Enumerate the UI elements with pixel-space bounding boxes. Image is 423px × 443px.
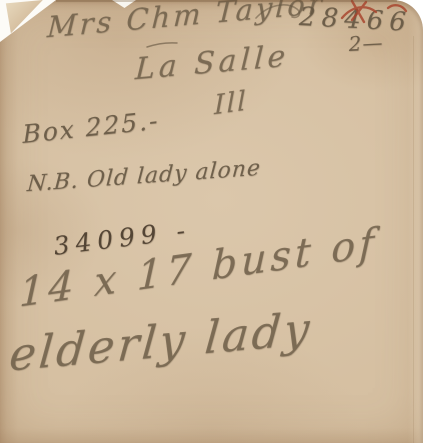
handwriting-serial-note: 2—: [348, 30, 384, 56]
scanned-card-back: Mrs Chm Taylor 28466 2— La Salle Ill Box…: [0, 0, 423, 443]
card-top-edge-shadow: [56, 0, 397, 2]
card-right-edge-line: [413, 36, 415, 443]
handwriting-state: Ill: [214, 85, 248, 121]
